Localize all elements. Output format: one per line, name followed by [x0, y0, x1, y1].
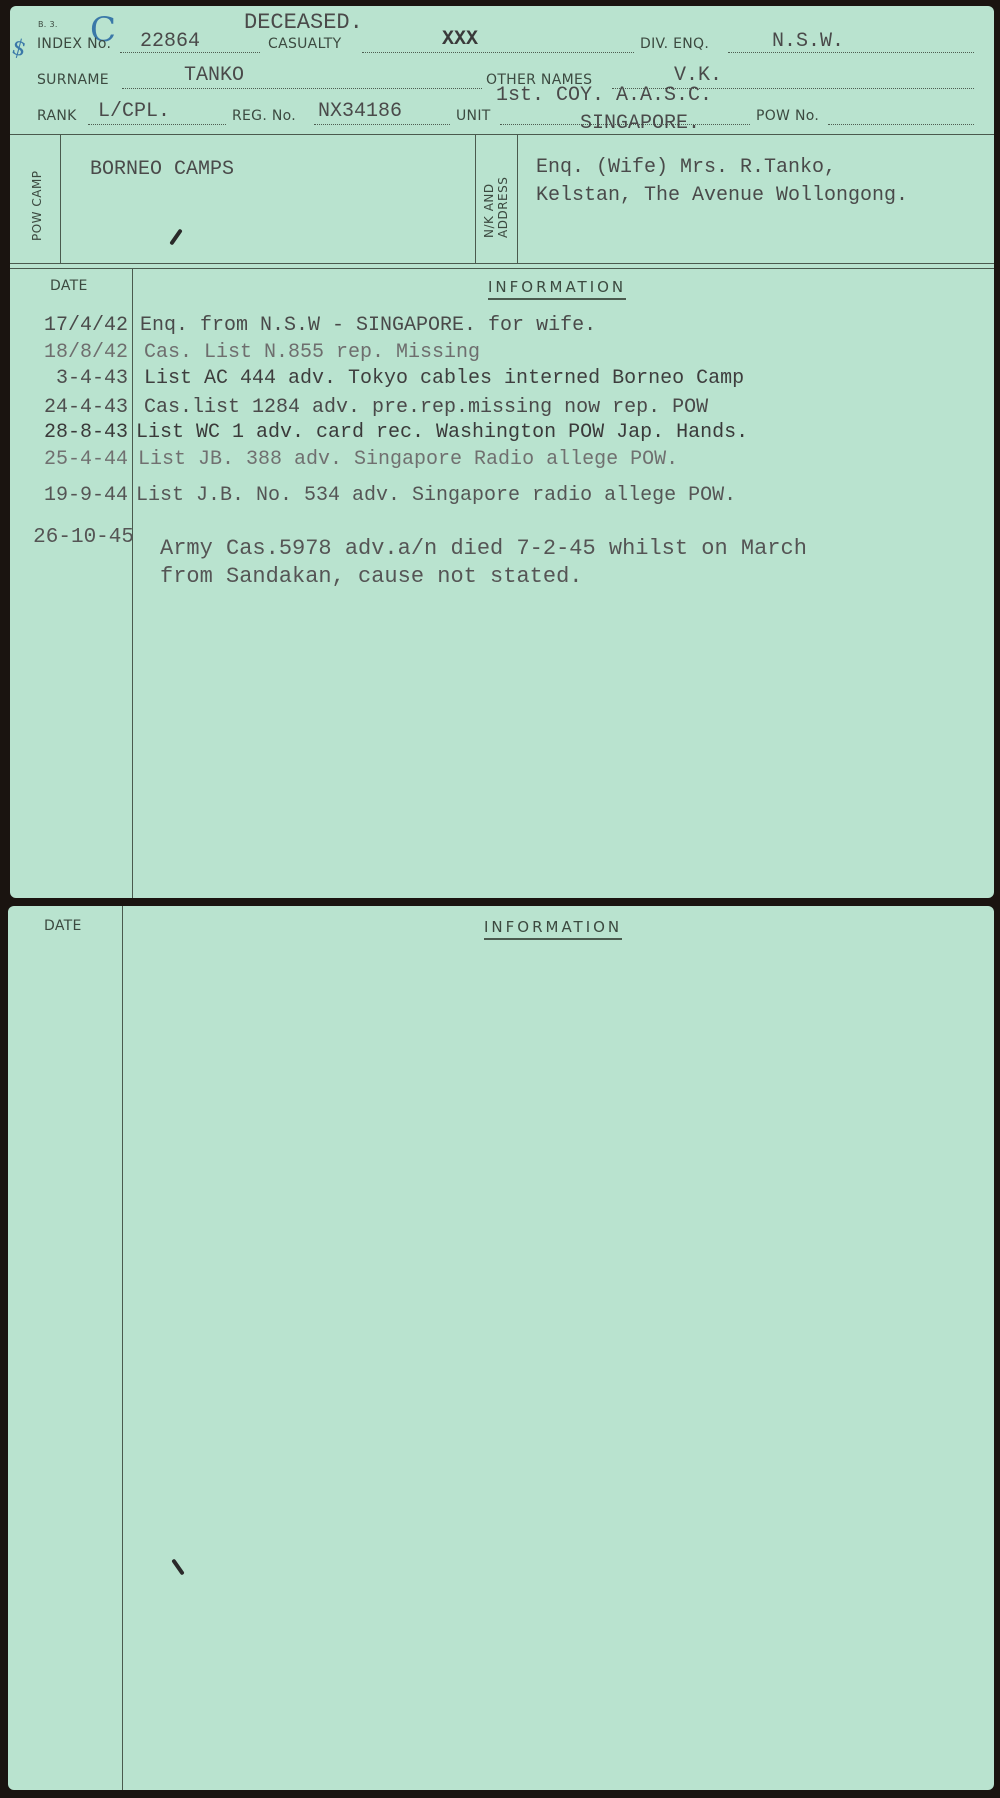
ink-mark: [171, 1558, 185, 1575]
card-back: DATE INFORMATION: [8, 906, 994, 1790]
div-enq-label: DIV. ENQ.: [640, 36, 709, 52]
unit-value-line2: SINGAPORE.: [580, 112, 700, 135]
date-header: DATE: [50, 278, 88, 294]
entry-text: Army Cas.5978 adv.a/n died 7-2-45 whilst…: [160, 536, 807, 561]
information-header: INFORMATION: [484, 918, 622, 940]
entry-text: List AC 444 adv. Tokyo cables interned B…: [144, 367, 744, 390]
status-stamp: DECEASED.: [244, 10, 363, 35]
divider-top: [10, 134, 994, 135]
rank-line: [88, 124, 226, 125]
pow-no-label: POW No.: [756, 108, 819, 124]
entry-date: 18/8/42: [6, 341, 128, 364]
divider-nok-right: [517, 134, 518, 264]
index-no-label: INDEX No.: [37, 36, 111, 52]
entry-text: List J.B. No. 534 adv. Singapore radio a…: [136, 484, 736, 507]
nok-label-line1: N/K AND: [482, 183, 496, 238]
unit-label: UNIT: [456, 108, 491, 124]
entry-date: 28-8-43: [6, 421, 128, 444]
casualty-label: CASUALTY: [268, 36, 341, 52]
ink-mark: [169, 228, 183, 245]
reg-no-value: NX34186: [318, 100, 402, 123]
casualty-value: XXX: [442, 28, 478, 51]
rank-value: L/CPL.: [98, 100, 170, 123]
nok-label-line2: ADDRESS: [496, 177, 510, 238]
entry-text: List WC 1 adv. card rec. Washington POW …: [136, 421, 748, 444]
surname-label: SURNAME: [37, 72, 109, 88]
date-column-divider: [122, 906, 123, 1790]
reg-no-line: [314, 124, 450, 125]
pow-camp-value: BORNEO CAMPS: [90, 158, 234, 181]
unit-value-line1: 1st. COY. A.A.S.C.: [496, 84, 712, 107]
entry-text-continued: from Sandakan, cause not stated.: [160, 564, 582, 589]
handwritten-margin-mark: $: [9, 35, 29, 63]
date-column-divider: [132, 268, 133, 898]
divider-nok-left: [475, 134, 476, 264]
div-enq-value: N.S.W.: [772, 30, 844, 53]
entry-date: 25-4-44: [6, 448, 128, 471]
card-front: B. 3. C $ DECEASED. INDEX No. 22864 CASU…: [10, 6, 994, 898]
rank-label: RANK: [37, 108, 77, 124]
divider-double-2: [10, 268, 994, 269]
form-code: B. 3.: [38, 20, 58, 29]
date-header: DATE: [44, 918, 82, 934]
index-no-value: 22864: [140, 30, 200, 53]
pow-no-line: [828, 124, 974, 125]
pow-camp-label: POW CAMP: [30, 170, 44, 241]
divider-pow-camp-label: [60, 134, 61, 264]
entry-text: Cas. List N.855 rep. Missing: [144, 341, 480, 364]
nok-address-line2: Kelstan, The Avenue Wollongong.: [536, 184, 908, 207]
information-header: INFORMATION: [488, 278, 626, 300]
surname-value: TANKO: [184, 64, 244, 87]
entry-text: List JB. 388 adv. Singapore Radio allege…: [138, 448, 678, 471]
divider-double-1: [10, 263, 994, 264]
entry-date: 19-9-44: [6, 484, 128, 507]
entry-date: 17/4/42: [6, 314, 128, 337]
entry-text: Enq. from N.S.W - SINGAPORE. for wife.: [140, 314, 596, 337]
entry-text: Cas.list 1284 adv. pre.rep.missing now r…: [144, 396, 708, 419]
div-enq-line: [728, 52, 974, 53]
surname-line: [122, 88, 482, 89]
casualty-line: [362, 52, 634, 53]
reg-no-label: REG. No.: [232, 108, 296, 124]
entry-date: 3-4-43: [6, 367, 128, 390]
nok-address-line1: Enq. (Wife) Mrs. R.Tanko,: [536, 156, 836, 179]
entry-date: 26-10-45: [6, 526, 134, 549]
entry-date: 24-4-43: [6, 396, 128, 419]
